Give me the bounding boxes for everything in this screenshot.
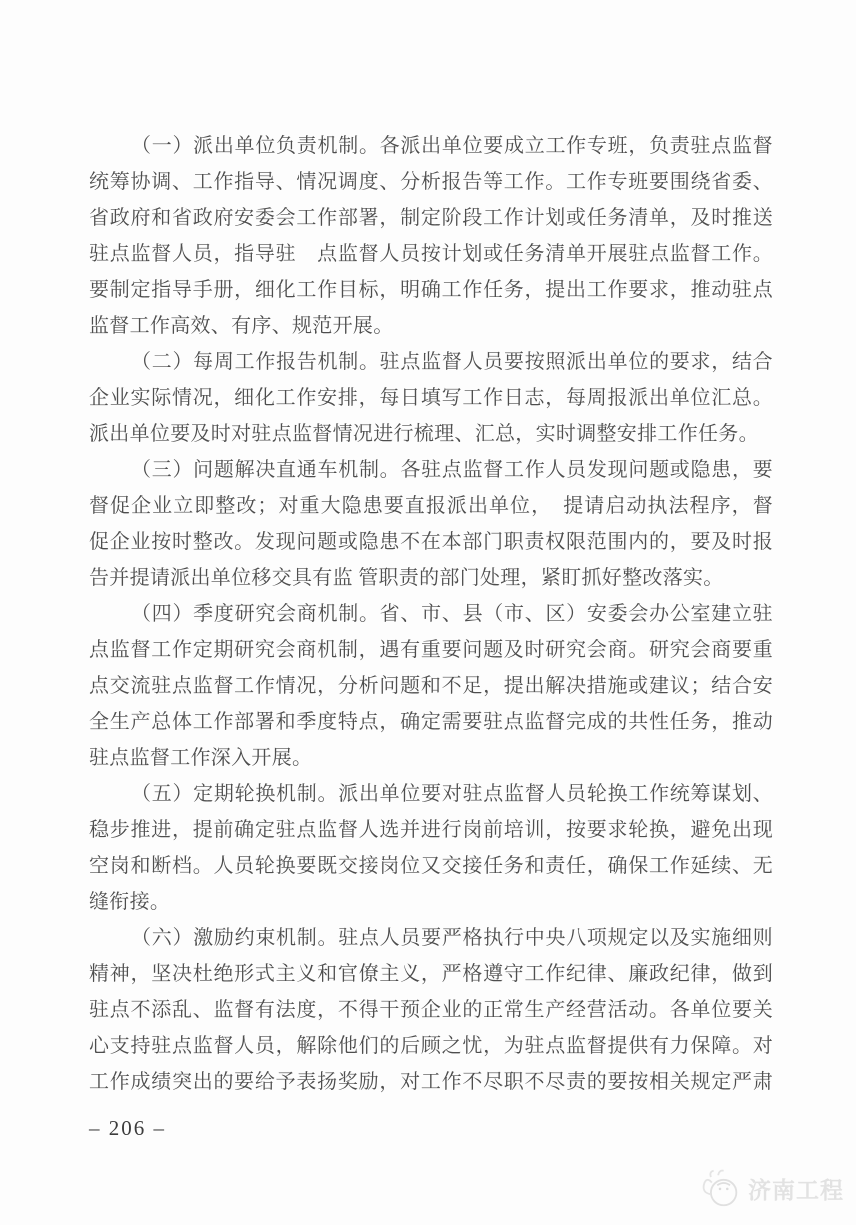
text-line: （四）季度研究会商机制。省、市、县（市、区）安委会办公室建立驻 (89, 596, 773, 632)
paragraph: （六）激励约束机制。驻点人员要严格执行中央八项规定以及实施细则精神，坚决杜绝形式… (89, 920, 773, 1100)
page-number: – 206 – (89, 1116, 166, 1141)
text-line: （三）问题解决直通车机制。各驻点监督工作人员发现问题或隐患，要 (89, 452, 773, 488)
text-line: 驻点监督人员，指导驻 点监督人员按计划或任务清单开展驻点监督工作。 (89, 236, 773, 272)
text-line: 告并提请派出单位移交具有监 管职责的部门处理，紧盯抓好整改落实。 (89, 560, 773, 596)
paragraph: （五）定期轮换机制。派出单位要对驻点监督人员轮换工作统筹谋划、稳步推进，提前确定… (89, 776, 773, 920)
paragraph: （一）派出单位负责机制。各派出单位要成立工作专班，负责驻点监督统筹协调、工作指导… (89, 128, 773, 344)
text-line: 点监督工作定期研究会商机制，遇有重要问题及时研究会商。研究会商要重 (89, 632, 773, 668)
document-body: （一）派出单位负责机制。各派出单位要成立工作专班，负责驻点监督统筹协调、工作指导… (89, 128, 773, 1100)
text-line: 点交流驻点监督工作情况，分析问题和不足，提出解决措施或建议；结合安 (89, 668, 773, 704)
text-line: （五）定期轮换机制。派出单位要对驻点监督人员轮换工作统筹谋划、 (89, 776, 773, 812)
text-line: 监督工作高效、有序、规范开展。 (89, 308, 773, 344)
paragraph: （三）问题解决直通车机制。各驻点监督工作人员发现问题或隐患，要督促企业立即整改；… (89, 452, 773, 596)
text-line: （二）每周工作报告机制。驻点监督人员要按照派出单位的要求，结合 (89, 344, 773, 380)
text-line: 工作成绩突出的要给予表扬奖励，对工作不尽职不尽责的要按相关规定严肃 (89, 1064, 773, 1100)
watermark-text: 济南工程 (748, 1172, 844, 1205)
text-line: 驻点不添乱、监督有法度，不得干预企业的正常生产经营活动。各单位要关 (89, 992, 773, 1028)
text-line: 心支持驻点监督人员，解除他们的后顾之忧，为驻点监督提供有力保障。对 (89, 1028, 773, 1064)
text-line: 缝衔接。 (89, 884, 773, 920)
text-line: 驻点监督工作深入开展。 (89, 740, 773, 776)
text-line: 督促企业立即整改；对重大隐患要直报派出单位， 提请启动执法程序，督 (89, 488, 773, 524)
text-line: 精神，坚决杜绝形式主义和官僚主义，严格遵守工作纪律、廉政纪律，做到 (89, 956, 773, 992)
text-line: 派出单位要及时对驻点监督情况进行梳理、汇总，实时调整安排工作任务。 (89, 416, 773, 452)
text-line: 企业实际情况，细化工作安排，每日填写工作日志，每周报派出单位汇总。 (89, 380, 773, 416)
text-line: 空岗和断档。人员轮换要既交接岗位又交接任务和责任，确保工作延续、无 (89, 848, 773, 884)
paragraph: （四）季度研究会商机制。省、市、县（市、区）安委会办公室建立驻点监督工作定期研究… (89, 596, 773, 776)
watermark-logo-icon (698, 1168, 742, 1208)
text-line: 统筹协调、工作指导、情况调度、分析报告等工作。工作专班要围绕省委、 (89, 164, 773, 200)
text-line: （六）激励约束机制。驻点人员要严格执行中央八项规定以及实施细则 (89, 920, 773, 956)
page: （一）派出单位负责机制。各派出单位要成立工作专班，负责驻点监督统筹协调、工作指导… (0, 0, 856, 1225)
text-line: 促企业按时整改。发现问题或隐患不在本部门职责权限范围内的，要及时报 (89, 524, 773, 560)
text-line: 要制定指导手册，细化工作目标，明确工作任务，提出工作要求，推动驻点 (89, 272, 773, 308)
watermark: 济南工程 (698, 1168, 844, 1208)
paragraph: （二）每周工作报告机制。驻点监督人员要按照派出单位的要求，结合企业实际情况，细化… (89, 344, 773, 452)
text-line: 全生产总体工作部署和季度特点，确定需要驻点监督完成的共性任务，推动 (89, 704, 773, 740)
text-line: 省政府和省政府安委会工作部署，制定阶段工作计划或任务清单，及时推送 (89, 200, 773, 236)
text-line: （一）派出单位负责机制。各派出单位要成立工作专班，负责驻点监督 (89, 128, 773, 164)
text-line: 稳步推进，提前确定驻点监督人选并进行岗前培训，按要求轮换，避免出现 (89, 812, 773, 848)
